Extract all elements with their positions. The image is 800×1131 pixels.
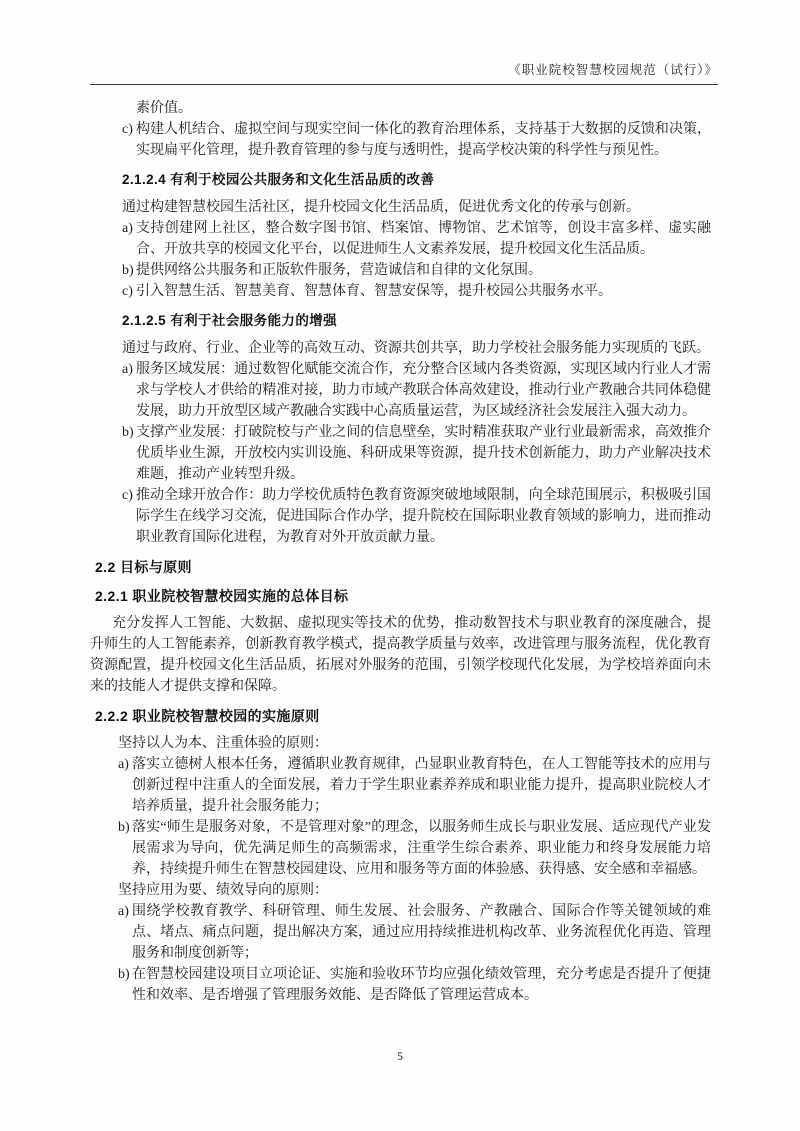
- page-number: 5: [0, 1049, 800, 1064]
- list-item-text: 在智慧校园建设项目立项论证、实施和验收环节均应强化绩效管理，充分考虑是否提升了便…: [132, 967, 711, 1003]
- section-heading-2-2-2: 2.2.2 职业院校智慧校园的实施原则: [95, 706, 711, 726]
- list-item-text: 推动全球开放合作：助力学校优质特色教育资源突破地域限制，向全球范围展示，积极吸引…: [136, 488, 711, 545]
- list-marker: a): [118, 901, 129, 922]
- paragraph-2-2-1: 充分发挥人工智能、大数据、虚拟现实等技术的优势，推动数智技术与职业教育的深度融合…: [90, 613, 711, 697]
- principle-intro: 坚持以人为本、注重体验的原则：: [118, 733, 711, 754]
- list-item: b) 落实“师生是服务对象，不是管理对象”的理念，以服务师生成长与职业发展、适应…: [118, 817, 711, 880]
- list-item-text: 支撑产业发展：打破院校与产业之间的信息壁垒，实时精准获取产业行业最新需求，高效推…: [136, 425, 711, 482]
- list-marker: b): [118, 817, 130, 838]
- list-item: c) 引入智慧生活、智慧美育、智慧体育、智慧安保等，提升校园公共服务水平。: [122, 281, 711, 302]
- list-item: b) 在智慧校园建设项目立项论证、实施和验收环节均应强化绩效管理，充分考虑是否提…: [118, 964, 711, 1006]
- section-2-2-2: 坚持以人为本、注重体验的原则： a) 落实立德树人根本任务，遵循职业教育规律，凸…: [118, 733, 711, 1006]
- list-marker: b): [118, 964, 130, 985]
- list-item: b) 支撑产业发展：打破院校与产业之间的信息壁垒，实时精准获取产业行业最新需求，…: [122, 422, 711, 485]
- list-item-text: 构建人机结合、虚拟空间与现实空间一体化的教育治理体系，支持基于大数据的反馈和决策…: [136, 122, 711, 158]
- list-item-text: 围绕学校教育教学、科研管理、师生发展、社会服务、产教融合、国际合作等关键领域的难…: [132, 904, 711, 961]
- list-item-text: 引入智慧生活、智慧美育、智慧体育、智慧安保等，提升校园公共服务水平。: [136, 284, 612, 299]
- list-marker: b): [122, 422, 134, 443]
- list-item: a) 围绕学校教育教学、科研管理、师生发展、社会服务、产教融合、国际合作等关键领…: [118, 901, 711, 964]
- list-marker: a): [118, 754, 129, 775]
- list-item: a) 支持创建网上社区，整合数字图书馆、档案馆、博物馆、艺术馆等，创设丰富多样、…: [122, 218, 711, 260]
- document-body: 素价值。 c) 构建人机结合、虚拟空间与现实空间一体化的教育治理体系，支持基于大…: [90, 98, 711, 1006]
- list-item: b) 提供网络公共服务和正版软件服务，营造诚信和自律的文化氛围。: [122, 260, 711, 281]
- section-heading-2-1-2-5: 2.1.2.5 有利于社会服务能力的增强: [122, 311, 711, 331]
- list-item-text: 服务区域发展：通过数智化赋能交流合作，充分整合区域内各类资源，实现区域内行业人才…: [136, 362, 711, 419]
- principle-intro: 坚持应用为要、绩效导向的原则：: [118, 880, 711, 901]
- section-2-1-2-4: 通过构建智慧校园生活社区，提升校园文化生活品质，促进优秀文化的传承与创新。 a)…: [122, 197, 711, 302]
- list-item: a) 服务区域发展：通过数智化赋能交流合作，充分整合区域内各类资源，实现区域内行…: [122, 359, 711, 422]
- list-item-text: 支持创建网上社区，整合数字图书馆、档案馆、博物馆、艺术馆等，创设丰富多样、虚实融…: [136, 221, 711, 257]
- list-item-text: 提供网络公共服务和正版软件服务，营造诚信和自律的文化氛围。: [136, 263, 542, 278]
- list-item: c) 构建人机结合、虚拟空间与现实空间一体化的教育治理体系，支持基于大数据的反馈…: [122, 119, 711, 161]
- list-marker: a): [122, 218, 133, 239]
- list-item: c) 推动全球开放合作：助力学校优质特色教育资源突破地域限制，向全球范围展示，积…: [122, 485, 711, 548]
- list-item-text: 落实“师生是服务对象，不是管理对象”的理念，以服务师生成长与职业发展、适应现代产…: [132, 820, 711, 877]
- continuation-fragment: 素价值。: [122, 98, 711, 119]
- section-intro: 通过构建智慧校园生活社区，提升校园文化生活品质，促进优秀文化的传承与创新。: [122, 197, 711, 218]
- list-marker: c): [122, 485, 133, 506]
- section-heading-2-2-1: 2.2.1 职业院校智慧校园实施的总体目标: [95, 586, 711, 606]
- list-item: a) 落实立德树人根本任务，遵循职业教育规律，凸显职业教育特色，在人工智能等技术…: [118, 754, 711, 817]
- list-marker: c): [122, 281, 133, 302]
- section-2-1-2-5: 通过与政府、行业、企业等的高效互动、资源共创共享，助力学校社会服务能力实现质的飞…: [122, 338, 711, 548]
- list-marker: c): [122, 119, 133, 140]
- document-page: 《职业院校智慧校园规范（试行）》 素价值。 c) 构建人机结合、虚拟空间与现实空…: [0, 0, 800, 1131]
- list-marker: b): [122, 260, 134, 281]
- list-item-text: 落实立德树人根本任务，遵循职业教育规律，凸显职业教育特色，在人工智能等技术的应用…: [132, 757, 711, 814]
- section-intro: 通过与政府、行业、企业等的高效互动、资源共创共享，助力学校社会服务能力实现质的飞…: [122, 338, 711, 359]
- list-marker: a): [122, 359, 133, 380]
- continuation-block: 素价值。 c) 构建人机结合、虚拟空间与现实空间一体化的教育治理体系，支持基于大…: [122, 98, 711, 161]
- section-heading-2-1-2-4: 2.1.2.4 有利于校园公共服务和文化生活品质的改善: [122, 170, 711, 190]
- section-heading-2-2: 2.2 目标与原则: [95, 557, 711, 577]
- running-header: 《职业院校智慧校园规范（试行）》: [90, 0, 718, 85]
